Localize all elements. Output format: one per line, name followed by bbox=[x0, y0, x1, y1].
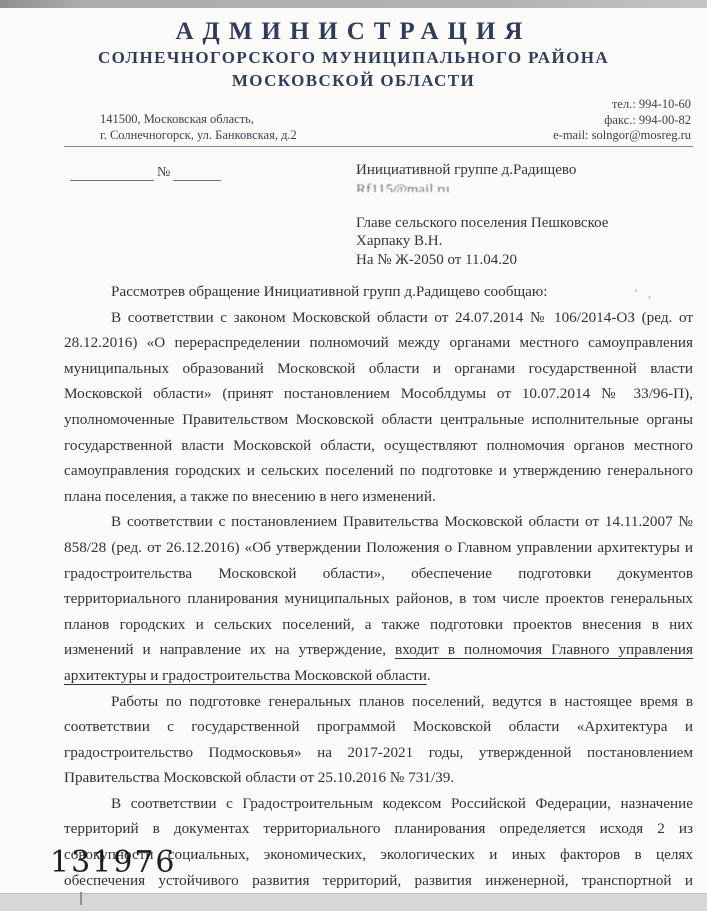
sender-fax: факс.: 994-00-82 bbox=[553, 113, 691, 129]
letterhead-divider bbox=[64, 146, 693, 147]
obscured-email: Rf115@mail.ru bbox=[356, 182, 536, 192]
numero-sign: № bbox=[157, 165, 170, 180]
pen-marks: ’ , bbox=[634, 286, 655, 301]
sender-contacts: тел.: 994-10-60 факс.: 994-00-82 e-mail:… bbox=[553, 97, 691, 144]
doc-number-blank bbox=[173, 165, 221, 181]
recipient-group: Инициативной группе д.Радищево bbox=[356, 161, 686, 180]
recipient-head: Главе сельского поселения Пешковское bbox=[356, 214, 686, 233]
recipient-gap bbox=[356, 192, 686, 214]
body-paragraph-3: В соответствии с постановлением Правител… bbox=[64, 509, 693, 688]
sender-address: 141500, Московская область, г. Солнечног… bbox=[100, 112, 297, 143]
body-paragraph-4: Работы по подготовке генеральных планов … bbox=[64, 689, 693, 791]
sender-email: e-mail: solngor@mosreg.ru bbox=[553, 128, 691, 144]
sender-phone: тел.: 994-10-60 bbox=[553, 97, 691, 113]
scan-edge-top bbox=[0, 0, 707, 8]
red-check-mark: ∴ bbox=[194, 851, 201, 862]
org-name-line2: СОЛНЕЧНОГОРСКОГО МУНИЦИПАЛЬНОГО РАЙОНА bbox=[0, 46, 707, 69]
recipient-name: Харпаку В.Н. bbox=[356, 232, 686, 251]
body-paragraph-3-text: В соответствии с постановлением Правител… bbox=[64, 513, 693, 658]
stamp-number: 131976 bbox=[50, 845, 177, 880]
recipient-block: Инициативной группе д.Радищево Rf115@mai… bbox=[356, 161, 686, 269]
letter-body: Рассмотрев обращение Инициативной групп … bbox=[64, 279, 693, 911]
scan-edge-bottom bbox=[0, 893, 707, 911]
sender-address-line2: г. Солнечногорск, ул. Банковская, д.2 bbox=[100, 128, 297, 144]
body-paragraph-2: В соответствии с законом Московской обла… bbox=[64, 305, 693, 510]
letterhead: АДМИНИСТРАЦИЯ СОЛНЕЧНОГОРСКОГО МУНИЦИПАЛ… bbox=[0, 18, 707, 92]
org-name-line3: МОСКОВСКОЙ ОБЛАСТИ bbox=[0, 69, 707, 92]
doc-number-row: № bbox=[70, 165, 221, 181]
sender-address-line1: 141500, Московская область, bbox=[100, 112, 297, 128]
scan-mark bbox=[80, 892, 82, 905]
body-paragraph-1: Рассмотрев обращение Инициативной групп … bbox=[64, 279, 693, 305]
body-paragraph-3-end: . bbox=[427, 667, 431, 684]
scanned-letter-page: АДМИНИСТРАЦИЯ СОЛНЕЧНОГОРСКОГО МУНИЦИПАЛ… bbox=[0, 0, 707, 911]
doc-date-blank bbox=[70, 165, 154, 181]
reference-number: На № Ж-2050 от 11.04.20 bbox=[356, 251, 686, 270]
org-name-line1: АДМИНИСТРАЦИЯ bbox=[0, 18, 707, 46]
